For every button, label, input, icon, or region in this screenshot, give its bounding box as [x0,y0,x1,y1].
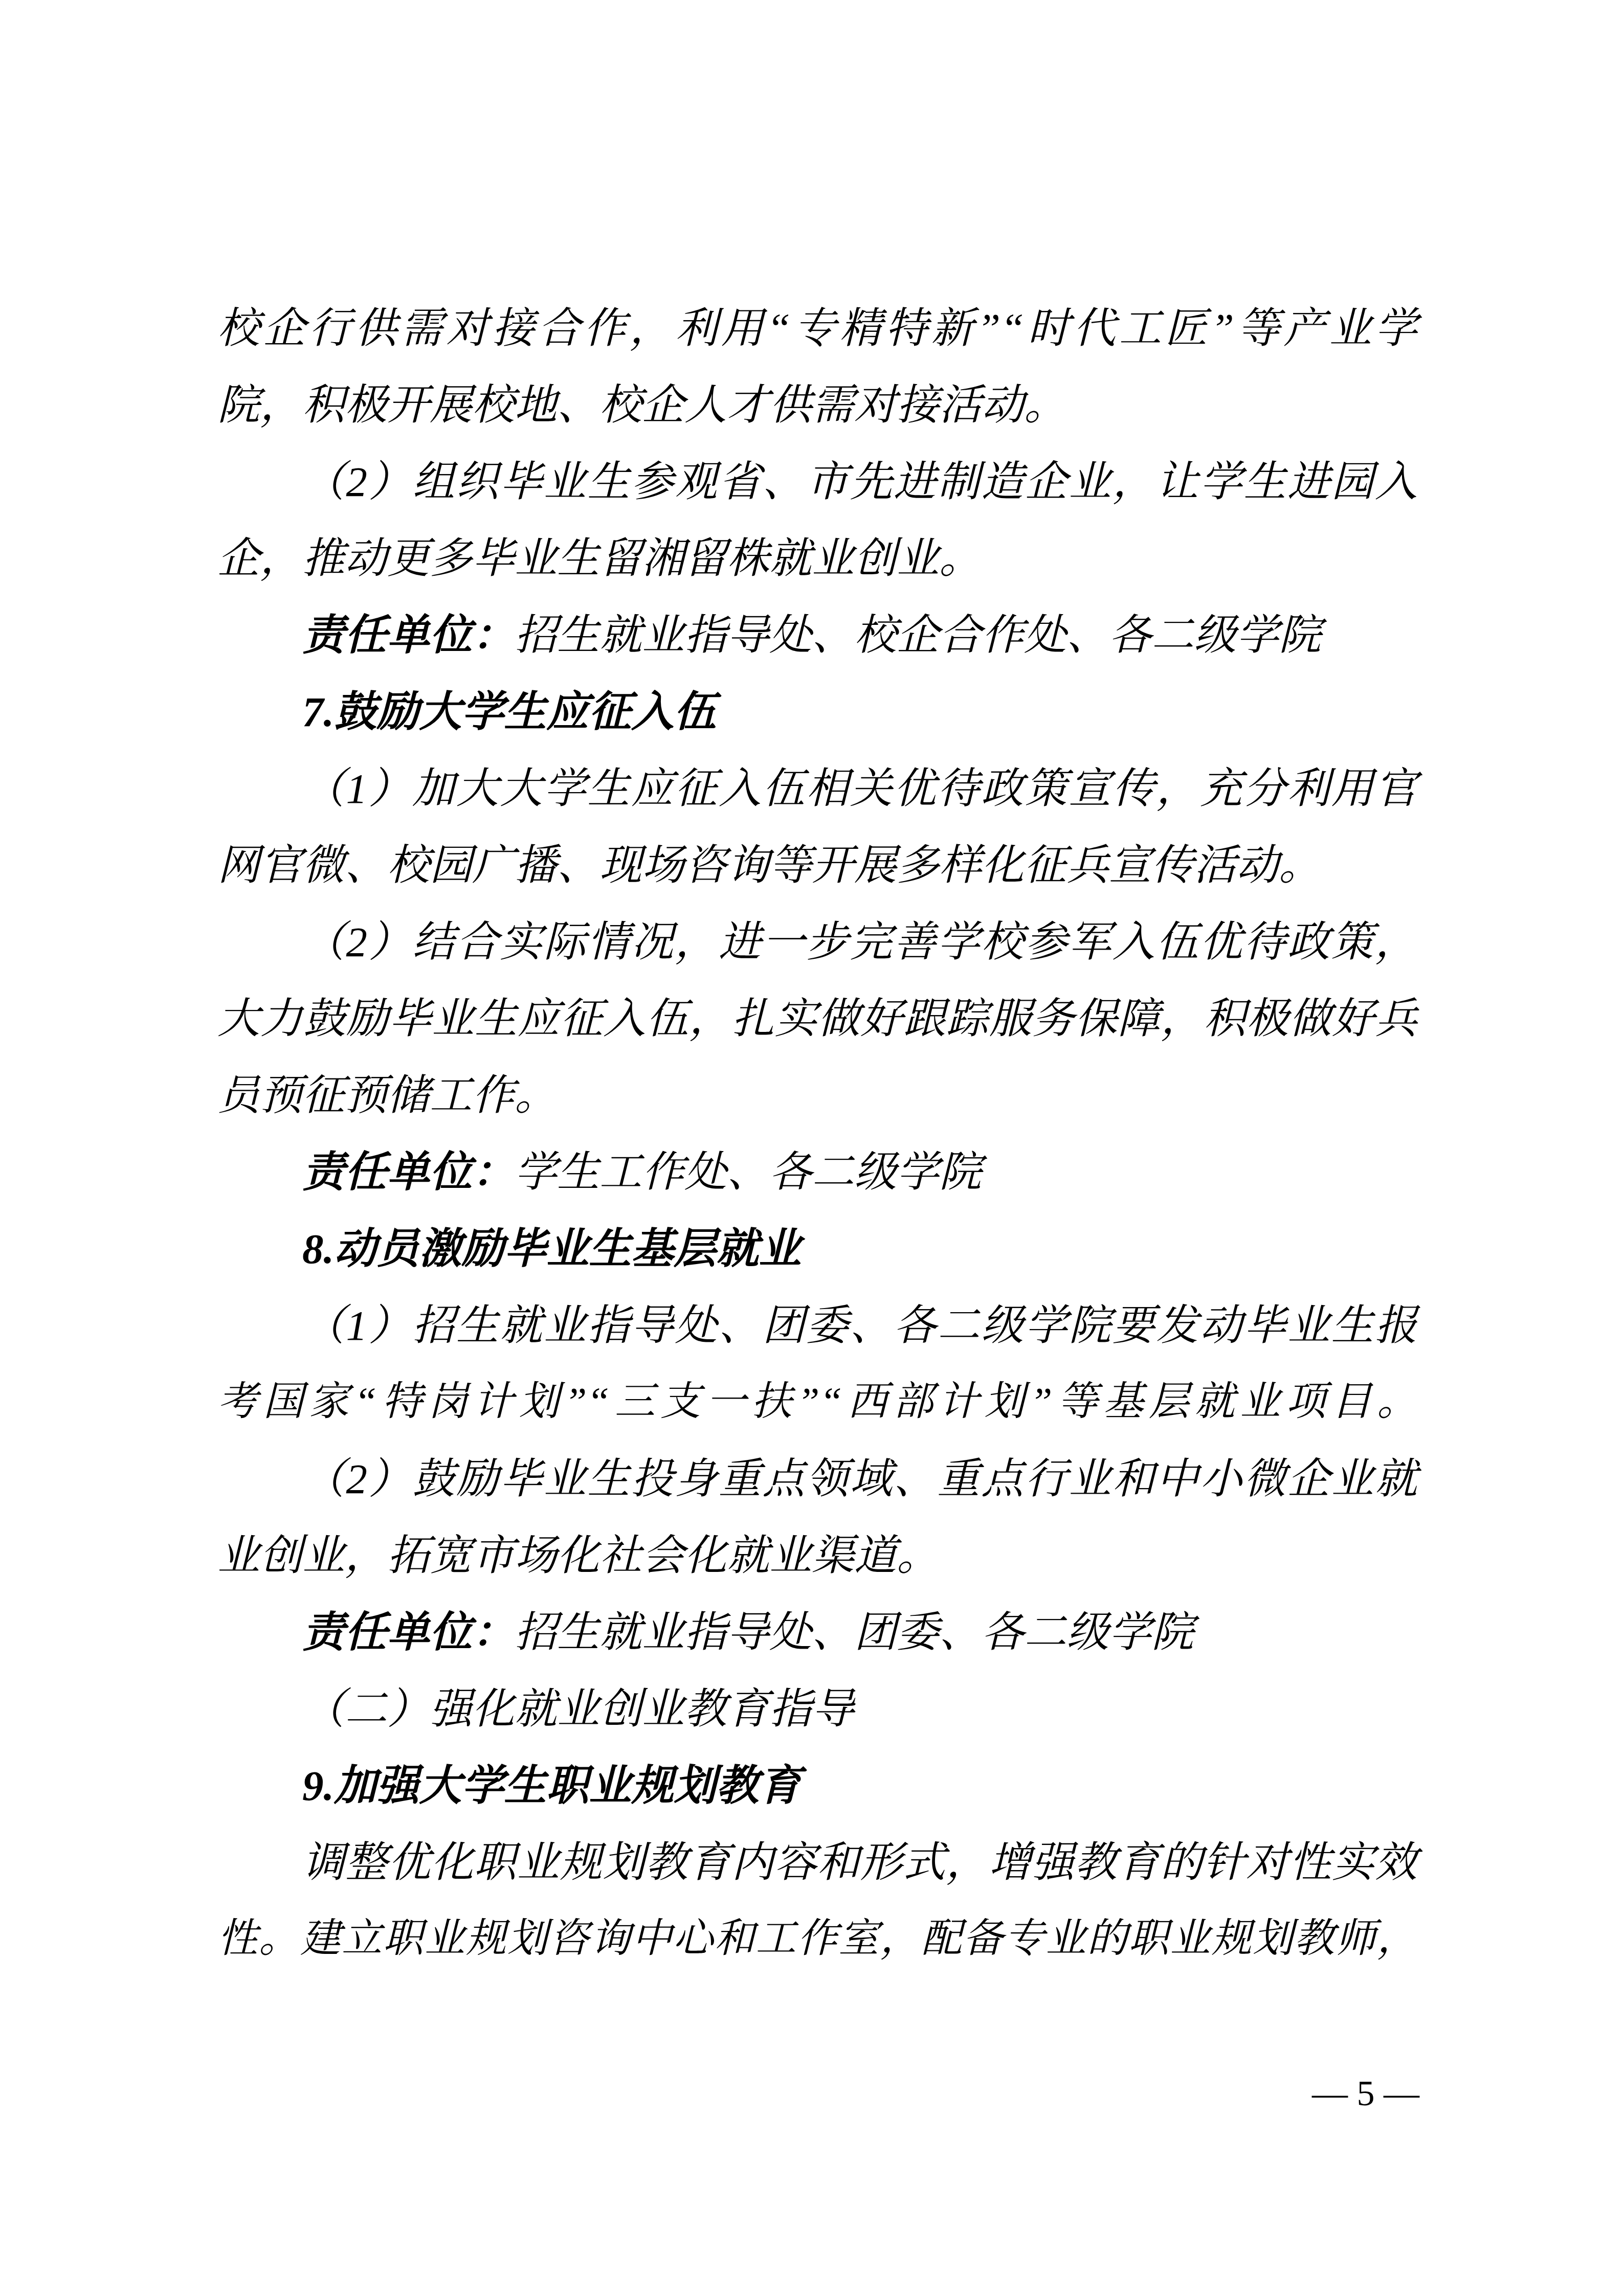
text-run: 校企行供需对接合作，利用“专精特新”“时代工匠”等产业学 [217,305,1417,352]
text-line-7: （1）加大大学生应征入伍相关优待政策宣传，充分利用官 [217,750,1417,827]
text-line-8: 网官微、校园广播、现场咨询等开展多样化征兵宣传活动。 [217,827,1417,904]
text-run: 大力鼓励毕业生应征入伍，扎实做好跟踪服务保障，积极做好兵 [217,995,1417,1042]
text-line-1: 校企行供需对接合作，利用“专精特新”“时代工匠”等产业学 [217,290,1417,367]
text-run: （二）强化就业创业教育指导 [302,1685,854,1732]
text-line-20: 9.加强大学生职业规划教育 [217,1747,1417,1824]
text-line-22: 性。建立职业规划咨询中心和工作室，配备专业的职业规划教师， [217,1901,1417,1977]
bold-label: 9.加强大学生职业规划教育 [302,1762,801,1809]
text-line-16: （2）鼓励毕业生投身重点领域、重点行业和中小微企业就 [217,1440,1417,1517]
text-line-13: 8.动员激励毕业生基层就业 [217,1210,1417,1287]
text-run: 员预征预储工作。 [217,1072,557,1119]
bold-label: 责任单位： [302,1149,515,1196]
text-run: （2）组织毕业生参观省、市先进制造企业，让学生进园入 [302,458,1417,505]
bold-label: 7.鼓励大学生应征入伍 [302,688,716,735]
text-run: 企，推动更多毕业生留湘留株就业创业。 [217,535,982,582]
text-line-9: （2）结合实际情况，进一步完善学校参军入伍优待政策， [217,904,1417,980]
page-number: — 5 — [1312,2066,1419,2122]
document-body: 校企行供需对接合作，利用“专精特新”“时代工匠”等产业学院，积极开展校地、校企人… [217,290,1417,1977]
text-line-5: 责任单位：招生就业指导处、校企合作处、各二级学院 [217,597,1417,673]
text-run: 网官微、校园广播、现场咨询等开展多样化征兵宣传活动。 [217,842,1321,889]
text-line-2: 院，积极开展校地、校企人才供需对接活动。 [217,367,1417,443]
text-run: 考国家“特岗计划”“三支一扶”“西部计划”等基层就业项目。 [217,1380,1417,1424]
text-line-3: （2）组织毕业生参观省、市先进制造企业，让学生进园入 [217,443,1417,520]
text-line-21: 调整优化职业规划教育内容和形式，增强教育的针对性实效 [217,1824,1417,1901]
text-run: 学生工作处、各二级学院 [515,1149,982,1196]
document-page: { "page": { "number": "— 5 —" }, "docume… [0,0,1624,2296]
text-line-10: 大力鼓励毕业生应征入伍，扎实做好跟踪服务保障，积极做好兵 [217,980,1417,1057]
text-run: 调整优化职业规划教育内容和形式，增强教育的针对性实效 [302,1839,1417,1886]
text-line-6: 7.鼓励大学生应征入伍 [217,673,1417,750]
bold-label: 责任单位： [302,1609,515,1656]
text-line-4: 企，推动更多毕业生留湘留株就业创业。 [217,520,1417,597]
text-run: （1）加大大学生应征入伍相关优待政策宣传，充分利用官 [302,765,1417,812]
text-run: （2）鼓励毕业生投身重点领域、重点行业和中小微企业就 [302,1455,1417,1502]
text-run: 招生就业指导处、团委、各二级学院 [515,1609,1194,1656]
bold-label: 责任单位： [302,612,515,659]
bold-label: 8.动员激励毕业生基层就业 [302,1225,801,1272]
text-run: 性。建立职业规划咨询中心和工作室，配备专业的职业规划教师， [217,1917,1417,1961]
text-line-17: 业创业，拓宽市场化社会化就业渠道。 [217,1517,1417,1594]
text-line-18: 责任单位：招生就业指导处、团委、各二级学院 [217,1594,1417,1671]
text-line-14: （1）招生就业指导处、团委、各二级学院要发动毕业生报 [217,1287,1417,1364]
text-line-19: （二）强化就业创业教育指导 [217,1671,1417,1747]
text-line-15: 考国家“特岗计划”“三支一扶”“西部计划”等基层就业项目。 [217,1364,1417,1440]
text-line-11: 员预征预储工作。 [217,1057,1417,1134]
text-run: 业创业，拓宽市场化社会化就业渠道。 [217,1532,939,1579]
text-line-12: 责任单位：学生工作处、各二级学院 [217,1134,1417,1210]
text-run: （2）结合实际情况，进一步完善学校参军入伍优待政策， [302,918,1417,965]
text-run: 招生就业指导处、校企合作处、各二级学院 [515,612,1321,659]
text-run: （1）招生就业指导处、团委、各二级学院要发动毕业生报 [302,1302,1417,1349]
text-run: 院，积极开展校地、校企人才供需对接活动。 [217,381,1066,429]
